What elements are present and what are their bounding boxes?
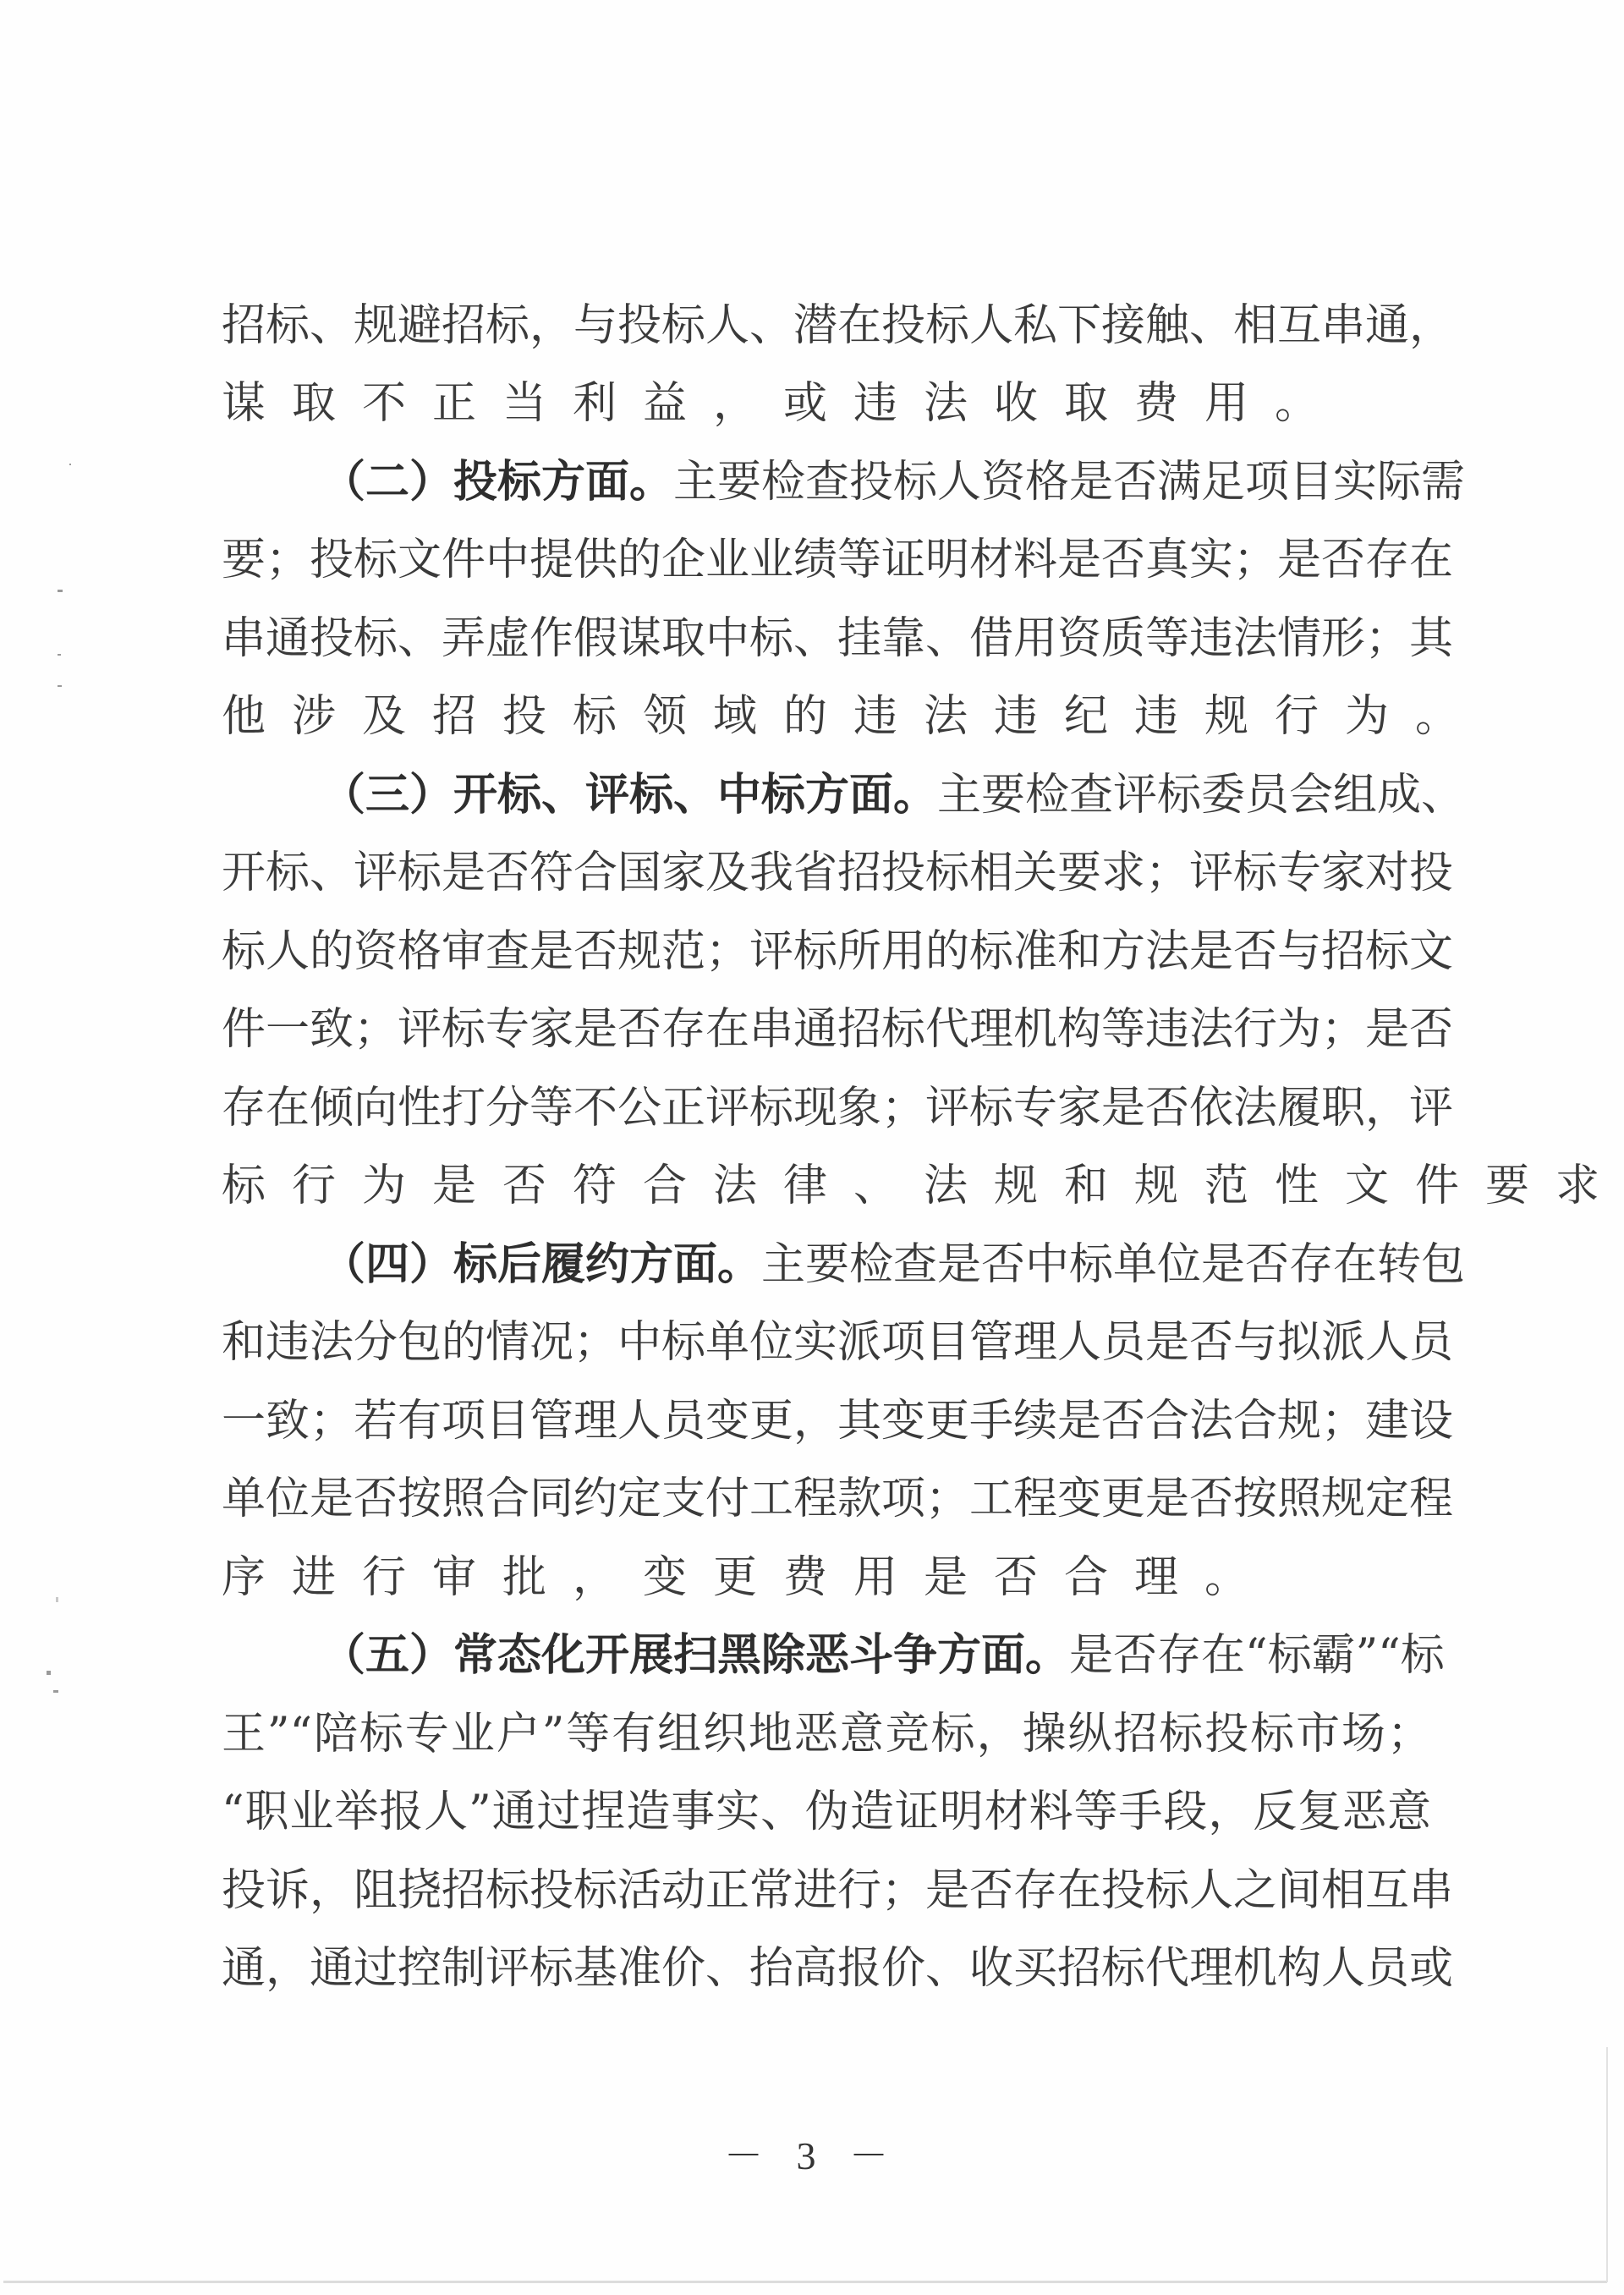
text-line: 标行为是否符合法律、法规和规范性文件要求。 (222, 1161, 1431, 1211)
line-text: 开标、评标是否符合国家及我省招投标相关要求；评标专家对投 (222, 848, 1453, 898)
text-line: 要；投标文件中提供的企业业绩等证明材料是否真实；是否存在 (222, 535, 1431, 585)
scan-speck (53, 1690, 58, 1693)
document-page: 招标、规避招标，与投标人、潜在投标人私下接触、相互串通， 谋取不正当利益，或违法… (0, 0, 1624, 2295)
line-text: 标行为是否符合法律、法规和规范性文件要求。 (222, 1161, 1624, 1211)
text-line: 序进行审批，变更费用是否合理。 (222, 1552, 1431, 1603)
section-heading-line: （四）标后履约方面。主要检查是否中标单位是否存在转包 (321, 1239, 1431, 1290)
section-heading-3: （三）开标、评标、中标方面。 (321, 769, 937, 821)
text-line: 开标、评标是否符合国家及我省招投标相关要求；评标专家对投 (222, 848, 1431, 898)
text-line: 单位是否按照合同约定支付工程款项；工程变更是否按照规定程 (222, 1474, 1431, 1524)
line-text: 要；投标文件中提供的企业业绩等证明材料是否真实；是否存在 (222, 535, 1453, 585)
section-heading-line: （二）投标方面。主要检查投标人资格是否满足项目实际需 (321, 457, 1431, 508)
line-text: 一致；若有项目管理人员变更，其变更手续是否合法合规；建设 (222, 1396, 1453, 1447)
text-line: 他涉及招投标领域的违法违纪违规行为。 (222, 691, 1431, 742)
scan-speck (47, 1671, 51, 1675)
scan-speck (58, 590, 63, 592)
line-text: 主要检查是否中标单位是否存在转包 (761, 1239, 1465, 1290)
line-text: 招标、规避招标，与投标人、潜在投标人私下接触、相互串通， (222, 300, 1453, 351)
line-text: 是否存在“标霸”“标 (1069, 1630, 1445, 1681)
line-text: 标人的资格审查是否规范；评标所用的标准和方法是否与招标文 (222, 926, 1453, 977)
text-line: 件一致；评标专家是否存在串通招标代理机构等违法行为；是否 (222, 1004, 1431, 1055)
text-line: 和违法分包的情况；中标单位实派项目管理人员是否与拟派人员 (222, 1317, 1431, 1368)
page-number: － 3 － (0, 2125, 1624, 2181)
text-line: 串通投标、弄虚作假谋取中标、挂靠、借用资质等违法情形；其 (222, 613, 1431, 664)
section-heading-4: （四）标后履约方面。 (321, 1238, 761, 1290)
text-line: 投诉，阻挠招标投标活动正常进行；是否存在投标人之间相互串 (222, 1865, 1431, 1916)
section-heading-line: （三）开标、评标、中标方面。主要检查评标委员会组成、 (321, 770, 1431, 821)
line-text: 和违法分包的情况；中标单位实派项目管理人员是否与拟派人员 (222, 1317, 1453, 1368)
text-line: 存在倾向性打分等不公正评标现象；评标专家是否依法履职，评 (222, 1083, 1431, 1134)
line-text: 王”“陪标专业户”等有组织地恶意竞标，操纵招标投标市场； (222, 1709, 1431, 1760)
text-line: 一致；若有项目管理人员变更，其变更手续是否合法合规；建设 (222, 1396, 1431, 1447)
text-line: 标人的资格审查是否规范；评标所用的标准和方法是否与招标文 (222, 926, 1431, 977)
text-line: 招标、规避招标，与投标人、潜在投标人私下接触、相互串通， (222, 300, 1431, 351)
scan-edge-bottom (3, 2281, 1607, 2283)
line-text: 单位是否按照合同约定支付工程款项；工程变更是否按照规定程 (222, 1474, 1453, 1524)
line-text: 他涉及招投标领域的违法违纪违规行为。 (222, 691, 1485, 742)
scan-speck (69, 464, 71, 465)
scan-speck (58, 654, 61, 656)
line-text: 谋取不正当利益，或违法收取费用。 (222, 378, 1345, 429)
line-text: “职业举报人”通过捏造事实、伪造证明材料等手段，反复恶意 (222, 1787, 1431, 1837)
text-line: 通，通过控制评标基准价、抬高报价、收买招标代理机构人员或 (222, 1943, 1431, 1994)
line-text: 通，通过控制评标基准价、抬高报价、收买招标代理机构人员或 (222, 1943, 1453, 1994)
text-line: 谋取不正当利益，或违法收取费用。 (222, 378, 1431, 429)
section-heading-line: （五）常态化开展扫黑除恶斗争方面。是否存在“标霸”“标 (321, 1630, 1431, 1681)
line-text: 件一致；评标专家是否存在串通招标代理机构等违法行为；是否 (222, 1004, 1453, 1055)
line-text: 主要检查评标委员会组成、 (937, 770, 1465, 821)
line-text: 投诉，阻挠招标投标活动正常进行；是否存在投标人之间相互串 (222, 1865, 1453, 1916)
text-line: 王”“陪标专业户”等有组织地恶意竞标，操纵招标投标市场； (222, 1709, 1431, 1760)
section-heading-2: （二）投标方面。 (321, 456, 673, 508)
line-text: 序进行审批，变更费用是否合理。 (222, 1552, 1275, 1603)
text-line: “职业举报人”通过捏造事实、伪造证明材料等手段，反复恶意 (222, 1787, 1431, 1837)
section-heading-5: （五）常态化开展扫黑除恶斗争方面。 (321, 1629, 1069, 1681)
scan-edge-right (1606, 2047, 1608, 2282)
line-text: 串通投标、弄虚作假谋取中标、挂靠、借用资质等违法情形；其 (222, 613, 1453, 664)
scan-speck (58, 685, 62, 687)
line-text: 主要检查投标人资格是否满足项目实际需 (673, 457, 1465, 508)
scan-speck (56, 1597, 58, 1602)
line-text: 存在倾向性打分等不公正评标现象；评标专家是否依法履职，评 (222, 1083, 1453, 1134)
